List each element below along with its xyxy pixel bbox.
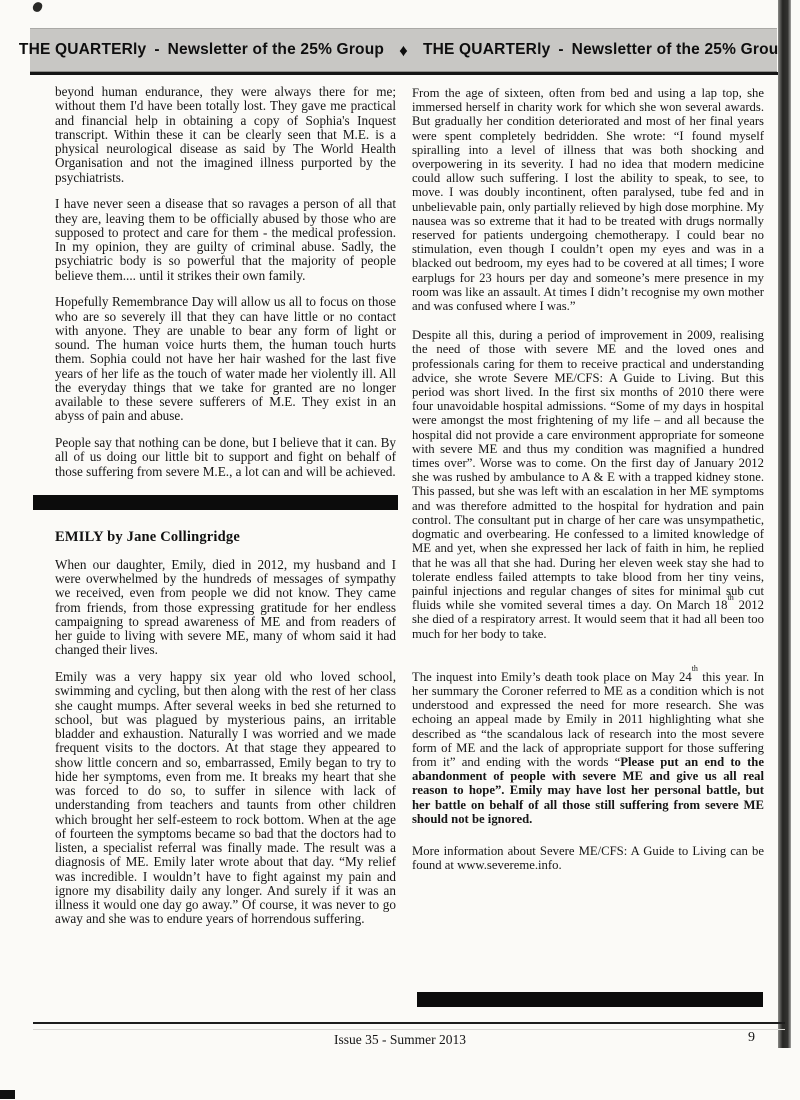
paragraph: More information about Severe ME/CFS: A … bbox=[412, 844, 764, 872]
paragraph: From the age of sixteen, often from bed … bbox=[412, 86, 764, 313]
paragraph: Despite all this, during a period of imp… bbox=[412, 328, 764, 640]
masthead-bar: THE QUARTERly - Newsletter of the 25% Gr… bbox=[30, 28, 777, 72]
issue-line: Issue 35 - Summer 2013 bbox=[0, 1032, 800, 1048]
page-number: 9 bbox=[748, 1030, 755, 1046]
scan-edge-strip-right bbox=[778, 0, 791, 1048]
paragraph: beyond human endurance, they were always… bbox=[55, 85, 396, 185]
newsletter-page: THE QUARTERly - Newsletter of the 25% Gr… bbox=[0, 0, 800, 1100]
paragraph: When our daughter, Emily, died in 2012, … bbox=[55, 558, 396, 658]
scan-speck-icon bbox=[32, 1, 43, 13]
scan-mark-bottom-left bbox=[0, 1090, 15, 1099]
redacted-bar-right bbox=[417, 992, 763, 1007]
paragraph: People say that nothing can be done, but… bbox=[55, 436, 396, 479]
footer-rule-faint bbox=[33, 1029, 785, 1030]
masthead-title-left: THE QUARTERly - Newsletter of the 25% Gr… bbox=[19, 41, 384, 59]
paragraph: The inquest into Emily’s death took plac… bbox=[412, 670, 764, 826]
left-column: beyond human endurance, they were always… bbox=[55, 85, 396, 939]
masthead-title-right: THE QUARTERly - Newsletter of the 25% Gr… bbox=[423, 41, 788, 59]
diamond-icon: ♦ bbox=[399, 42, 408, 59]
paragraph: Emily was a very happy six year old who … bbox=[55, 670, 396, 927]
redacted-bar-left bbox=[33, 495, 398, 510]
paragraph: I have never seen a disease that so rava… bbox=[55, 197, 396, 283]
masthead-underline bbox=[30, 72, 790, 75]
footer-rule bbox=[33, 1022, 785, 1024]
right-column: From the age of sixteen, often from bed … bbox=[412, 86, 764, 885]
paragraph: Hopefully Remembrance Day will allow us … bbox=[55, 295, 396, 423]
article-heading: EMILY by Jane Collingridge bbox=[55, 529, 396, 546]
